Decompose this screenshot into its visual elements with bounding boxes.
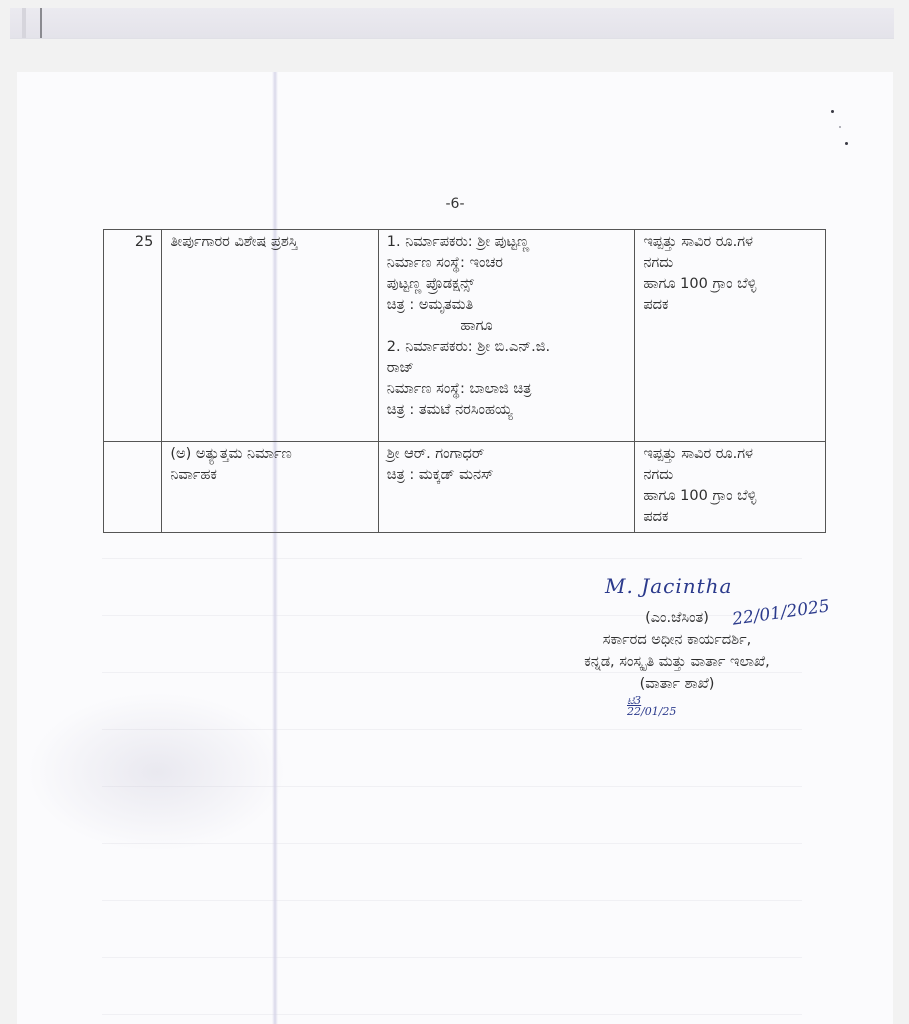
winner-line: ನಿರ್ಮಾಣ ಸಂಸ್ಥೆ: ಇಂಚರ	[387, 253, 627, 274]
paper-fold-line	[272, 72, 278, 1024]
winner-details: 1. ನಿರ್ಮಾಪಕರು: ಶ್ರೀ ಪುಟ್ಟಣ್ಣ ನಿರ್ಮಾಣ ಸಂಸ…	[378, 230, 635, 442]
winner-line: ಚಿತ್ರ : ತಮಟೆ ನರಸಿಂಹಯ್ಯ	[387, 400, 627, 421]
prize-details: ಇಪ್ಪತ್ತು ಸಾವಿರ ರೂ.ಗಳ ನಗದು ಹಾಗೂ 100 ಗ್ರಾಂ…	[635, 442, 826, 533]
prize-details: ಇಪ್ಪತ್ತು ಸಾವಿರ ರೂ.ಗಳ ನಗದು ಹಾಗೂ 100 ಗ್ರಾಂ…	[635, 230, 826, 442]
prize-line: ಹಾಗೂ 100 ಗ್ರಾಂ ಬೆಳ್ಳಿ	[643, 486, 817, 507]
document-page: -6- 25 ತೀರ್ಪುಗಾರರ ವಿಶೇಷ ಪ್ರಶಸ್ತಿ 1. ನಿರ್…	[17, 72, 893, 1024]
prize-line: ಪದಕ	[643, 507, 817, 528]
handwritten-initials: ಟಿ3 22/01/25	[627, 695, 676, 717]
speck	[831, 110, 834, 113]
speck	[839, 126, 841, 128]
awards-table: 25 ತೀರ್ಪುಗಾರರ ವಿಶೇಷ ಪ್ರಶಸ್ತಿ 1. ನಿರ್ಮಾಪಕ…	[103, 229, 826, 533]
initials-date: 22/01/25	[627, 706, 676, 717]
speck	[845, 142, 848, 145]
title-line: ನಿರ್ವಾಹಕ	[170, 465, 369, 486]
department-line: ಕನ್ನಡ, ಸಂಸ್ಕೃತಿ ಮತ್ತು ವಾರ್ತಾ ಇಲಾಖೆ,	[497, 651, 857, 673]
scan-specks	[823, 102, 863, 162]
page-edge-shadow	[22, 8, 26, 38]
prize-line: ಹಾಗೂ 100 ಗ್ರಾಂ ಬೆಳ್ಳಿ	[643, 274, 817, 295]
winner-line: ಚಿತ್ರ : ಅಮೃತಮತಿ	[387, 295, 627, 316]
page-number: -6-	[17, 196, 893, 212]
conjunction: ಹಾಗೂ	[387, 316, 627, 337]
page-edge-line	[40, 8, 42, 38]
winner-line: ರಾಜ್	[387, 358, 627, 379]
prize-line: ನಗದು	[643, 465, 817, 486]
prize-line: ನಗದು	[643, 253, 817, 274]
serial-number	[104, 442, 162, 533]
winner-line: 2. ನಿರ್ಮಾಪಕರು: ಶ್ರೀ ಬಿ.ಎನ್.ಜಿ.	[387, 337, 627, 358]
winner-line: ನಿರ್ಮಾಣ ಸಂಸ್ಥೆ: ಬಾಲಾಜಿ ಚಿತ್ರ	[387, 379, 627, 400]
paper-smudge	[27, 692, 287, 852]
winner-details: ಶ್ರೀ ಆರ್. ಗಂಗಾಧರ್ ಚಿತ್ರ : ಮಕ್ಕಡ್ ಮನಸ್	[378, 442, 635, 533]
branch-line: (ವಾರ್ತಾ ಶಾಖೆ)	[497, 673, 857, 695]
award-title: ತೀರ್ಪುಗಾರರ ವಿಶೇಷ ಪ್ರಶಸ್ತಿ	[162, 230, 378, 442]
table-row: 25 ತೀರ್ಪುಗಾರರ ವಿಶೇಷ ಪ್ರಶಸ್ತಿ 1. ನಿರ್ಮಾಪಕ…	[104, 230, 826, 442]
winner-line: 1. ನಿರ್ಮಾಪಕರು: ಶ್ರೀ ಪುಟ್ಟಣ್ಣ	[387, 232, 627, 253]
winner-line: ಶ್ರೀ ಆರ್. ಗಂಗಾಧರ್	[387, 444, 627, 465]
designation-line: ಸರ್ಕಾರದ ಅಧೀನ ಕಾರ್ಯದರ್ಶಿ,	[497, 629, 857, 651]
serial-number: 25	[104, 230, 162, 442]
handwritten-signature: M. Jacintha	[605, 575, 732, 597]
prize-line: ಪದಕ	[643, 295, 817, 316]
award-title: (ಅ) ಅತ್ಯುತ್ತಮ ನಿರ್ಮಾಣ ನಿರ್ವಾಹಕ	[162, 442, 378, 533]
prize-line: ಇಪ್ಪತ್ತು ಸಾವಿರ ರೂ.ಗಳ	[643, 444, 817, 465]
previous-page-edge	[10, 8, 894, 39]
winner-line: ಪುಟ್ಟಣ್ಣ ಪ್ರೊಡಕ್ಷನ್ಸ್	[387, 274, 627, 295]
signature-block: M. Jacintha 22/01/2025 (ಎಂ.ಜೆಸಿಂತ) ಸರ್ಕಾ…	[497, 577, 857, 695]
winner-line: ಚಿತ್ರ : ಮಕ್ಕಡ್ ಮನಸ್	[387, 465, 627, 486]
title-line: (ಅ) ಅತ್ಯುತ್ತಮ ನಿರ್ಮಾಣ	[170, 444, 369, 465]
table-row: (ಅ) ಅತ್ಯುತ್ತಮ ನಿರ್ಮಾಣ ನಿರ್ವಾಹಕ ಶ್ರೀ ಆರ್.…	[104, 442, 826, 533]
prize-line: ಇಪ್ಪತ್ತು ಸಾವಿರ ರೂ.ಗಳ	[643, 232, 817, 253]
